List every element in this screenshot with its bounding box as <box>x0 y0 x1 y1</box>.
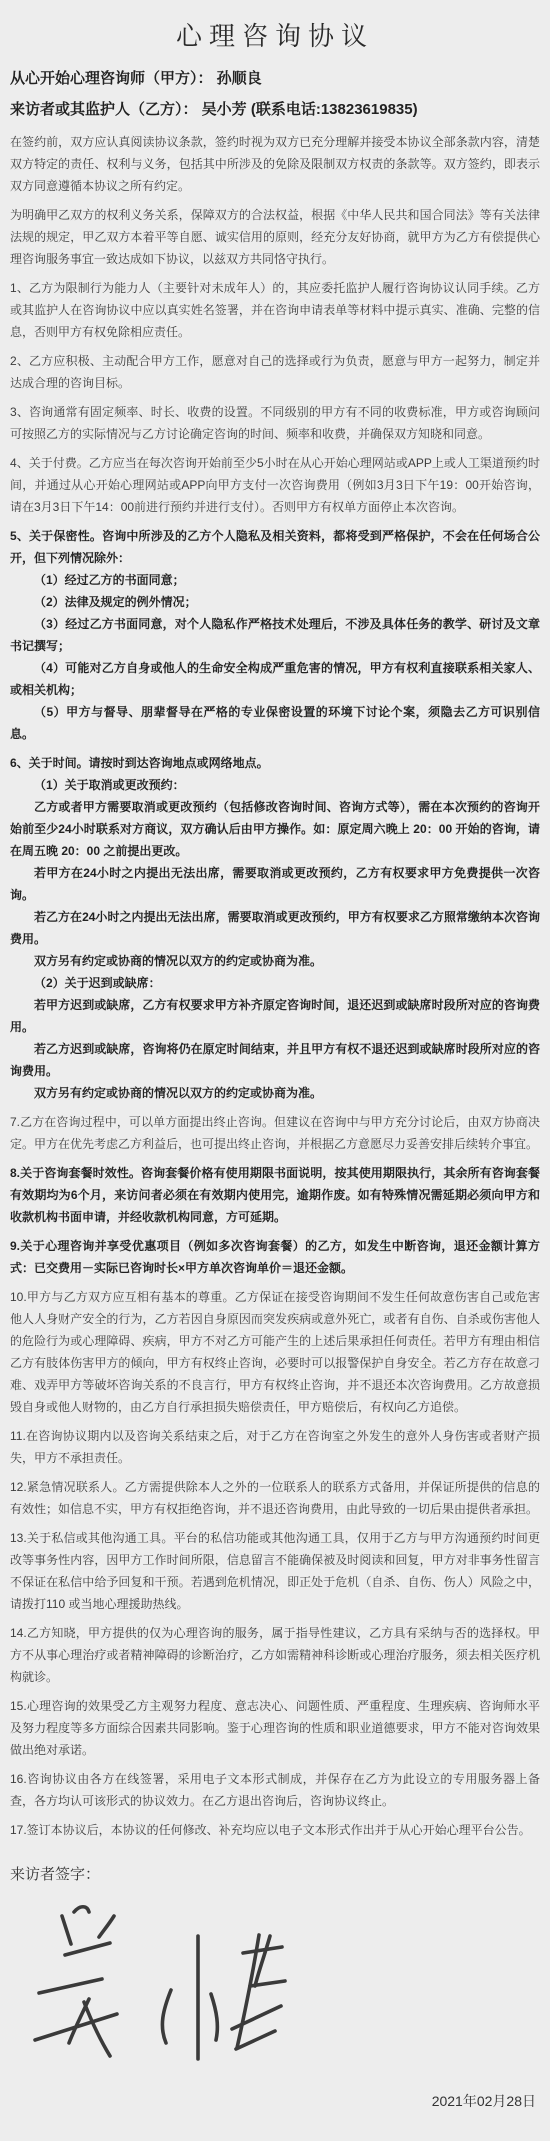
clause-paragraph: 2、乙方应积极、主动配合甲方工作，愿意对自己的选择或行为负责，愿意与甲方一起努力… <box>10 350 540 394</box>
clause-paragraph: 双方另有约定或协商的情况以双方的约定或协商为准。 <box>10 1082 540 1104</box>
clause-paragraph: 10.甲方与乙方双方应互相有基本的尊重。乙方保证在接受咨询期间不发生任何故意伤害… <box>10 1286 540 1418</box>
clause-paragraph: （2）关于迟到或缺席： <box>10 972 540 994</box>
clause-paragraph: 若乙方迟到或缺席，咨询将仍在原定时间结束，并且甲方有权不退还迟到或缺席时段所对应… <box>10 1038 540 1082</box>
party-b-line: 来访者或其监护人（乙方）： 吴小芳 (联系电话:13823619835) <box>10 100 540 120</box>
document-title: 心理咨询协议 <box>10 16 540 53</box>
clause-paragraph: 6、关于时间。请按时到达咨询地点或网络地点。 <box>10 752 540 774</box>
signature-label: 来访者签字： <box>10 1863 540 1884</box>
handwritten-signature <box>25 1902 325 2077</box>
clause-paragraph: 为明确甲乙双方的权利义务关系，保障双方的合法权益，根据《中华人民共和国合同法》等… <box>10 204 540 270</box>
clause-paragraph: 17.签订本协议后，本协议的任何修改、补充均应以电子文本形式作出并于从心开始心理… <box>10 1819 540 1841</box>
clauses-container: 在签约前，双方应认真阅读协议条款，签约时视为双方已充分理解并接受本协议全部条款内… <box>10 131 540 1841</box>
party-a-line: 从心开始心理咨询师（甲方）： 孙顺良 <box>10 69 540 89</box>
clause-paragraph: 12.紧急情况联系人。乙方需提供除本人之外的一位联系人的联系方式备用，并保证所提… <box>10 1476 540 1520</box>
clause-paragraph: 1、乙方为限制行为能力人（主要针对未成年人）的，其应委托监护人履行咨询协议认同手… <box>10 277 540 343</box>
clause-paragraph: 在签约前，双方应认真阅读协议条款，签约时视为双方已充分理解并接受本协议全部条款内… <box>10 131 540 197</box>
clause-paragraph: （1）经过乙方的书面同意； <box>10 569 540 591</box>
signature-block: 来访者签字： 2021年02月28日 <box>10 1863 540 2111</box>
clause-paragraph: 5、关于保密性。咨询中所涉及的乙方个人隐私及相关资料，都将受到严格保护，不会在任… <box>10 525 540 569</box>
clause-paragraph: 13.关于私信或其他沟通工具。平台的私信功能或其他沟通工具，仅用于乙方与甲方沟通… <box>10 1527 540 1615</box>
clause-paragraph: 14.乙方知晓，甲方提供的仅为心理咨询的服务，属于指导性建议，乙方具有采纳与否的… <box>10 1622 540 1688</box>
clause-paragraph: 7.乙方在咨询过程中，可以单方面提出终止咨询。但建议在咨询中与甲方充分讨论后，由… <box>10 1111 540 1155</box>
clause-paragraph: 8.关于咨询套餐时效性。咨询套餐价格有使用期限书面说明，按其使用期限执行，其余所… <box>10 1162 540 1228</box>
clause-paragraph: （1）关于取消或更改预约： <box>10 774 540 796</box>
clause-paragraph: 3、咨询通常有固定频率、时长、收费的设置。不同级别的甲方有不同的收费标准，甲方或… <box>10 401 540 445</box>
clause-paragraph: 乙方或者甲方需要取消或更改预约（包括修改咨询时间、咨询方式等），需在本次预约的咨… <box>10 796 540 862</box>
clause-paragraph: 11.在咨询协议期内以及咨询关系结束之后，对于乙方在咨询室之外发生的意外人身伤害… <box>10 1425 540 1469</box>
clause-paragraph: （3）经过乙方书面同意，对个人隐私作严格技术处理后，不涉及具体任务的教学、研讨及… <box>10 613 540 657</box>
clause-paragraph: 16.咨询协议由各方在线签署，采用电子文本形式制成，并保存在乙方为此设立的专用服… <box>10 1768 540 1812</box>
clause-paragraph: 9.关于心理咨询并享受优惠项目（例如多次咨询套餐）的乙方，如发生中断咨询，退还金… <box>10 1235 540 1279</box>
signature-date: 2021年02月28日 <box>10 2091 540 2111</box>
clause-paragraph: 若甲方迟到或缺席，乙方有权要求甲方补齐原定咨询时间，退还迟到或缺席时段所对应的咨… <box>10 994 540 1038</box>
clause-paragraph: （5）甲方与督导、朋辈督导在严格的专业保密设置的环境下讨论个案，须隐去乙方可识别… <box>10 701 540 745</box>
clause-paragraph: 15.心理咨询的效果受乙方主观努力程度、意志决心、问题性质、严重程度、生理疾病、… <box>10 1695 540 1761</box>
agreement-document: 心理咨询协议 从心开始心理咨询师（甲方）： 孙顺良 来访者或其监护人（乙方）： … <box>0 0 550 2141</box>
clause-paragraph: 若甲方在24小时之内提出无法出席，需要取消或更改预约，乙方有权要求甲方免费提供一… <box>10 862 540 906</box>
clause-paragraph: （4）可能对乙方自身或他人的生命安全构成严重危害的情况，甲方有权利直接联系相关家… <box>10 657 540 701</box>
clause-paragraph: 若乙方在24小时之内提出无法出席，需要取消或更改预约，甲方有权要求乙方照常缴纳本… <box>10 906 540 950</box>
clause-paragraph: （2）法律及规定的例外情况； <box>10 591 540 613</box>
clause-paragraph: 双方另有约定或协商的情况以双方的约定或协商为准。 <box>10 950 540 972</box>
clause-paragraph: 4、关于付费。乙方应当在每次咨询开始前至少5小时在从心开始心理网站或APP上或人… <box>10 452 540 518</box>
